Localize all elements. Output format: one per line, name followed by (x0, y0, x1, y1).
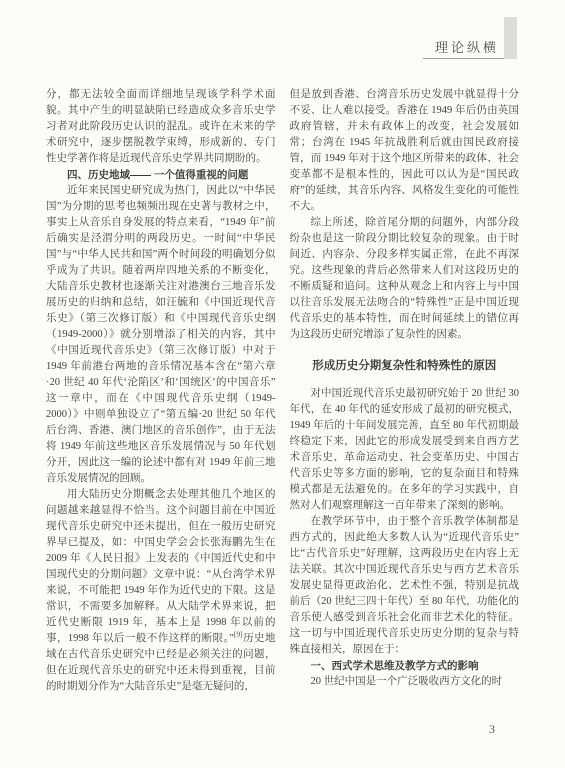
page-header: 理论纵横 (423, 17, 517, 59)
paragraph: 综上所述，除首尾分期的问题外，内部分段纷杂也是这一阶段分期比较复杂的现象。由于时… (290, 215, 520, 343)
paragraph-continuation: 分，都无法较全面而详细地呈现该学科学术面貌。其中产生的明显缺陷已经造成众多音乐史… (46, 87, 276, 167)
page-number: 3 (489, 722, 495, 737)
subsection-heading: 四、历史地域—— 一个值得重视的问题 (46, 167, 276, 183)
header-tab-bar (504, 17, 517, 59)
paragraph-continuation: 但是放到香港、台湾音乐历史发展中就显得十分不妥、让人难以接受。香港在 1949 … (290, 87, 520, 215)
paragraph: 用大陆历史分期概念去处理其他几个地区的问题越来越显得不恰当。这个问题目前在中国近… (46, 487, 276, 695)
section-heading: 形成历史分期复杂性和特殊性的原因 (290, 358, 520, 374)
paragraph: 对中国近现代音乐史最初研究始于 20 世纪 30 年代，在 40 年代的延安形成… (290, 386, 520, 514)
paragraph: 在教学环节中，由于整个音乐教学体制都是西方式的，因此绝大多数人认为“近现代音乐史… (290, 514, 520, 658)
section-label: 理论纵横 (435, 41, 499, 55)
paragraph-text: 用大陆历史分期概念去处理其他几个地区的问题越来越显得不恰当。这个问题目前在中国近… (46, 489, 276, 644)
paragraph: 20 世纪中国是一个广泛吸收西方文化的时 (290, 674, 520, 690)
article-body: 分，都无法较全面而详细地呈现该学科学术面貌。其中产生的明显缺陷已经造成众多音乐史… (46, 87, 519, 695)
left-column: 分，都无法较全面而详细地呈现该学科学术面貌。其中产生的明显缺陷已经造成众多音乐史… (46, 87, 276, 695)
subsection-heading: 一、西式学术思维及教学方式的影响 (290, 658, 520, 674)
journal-page: 理论纵横 分，都无法较全面而详细地呈现该学科学术面貌。其中产生的明显缺陷已经造成… (0, 0, 565, 768)
paragraph: 近年来民国史研究成为热门，因此以“中华民国”为分期的思考也频频出现在史著与教材之… (46, 183, 276, 487)
right-column: 但是放到香港、台湾音乐历史发展中就显得十分不妥、让人难以接受。香港在 1949 … (290, 87, 520, 695)
footnote-reference: [9] (234, 630, 243, 639)
